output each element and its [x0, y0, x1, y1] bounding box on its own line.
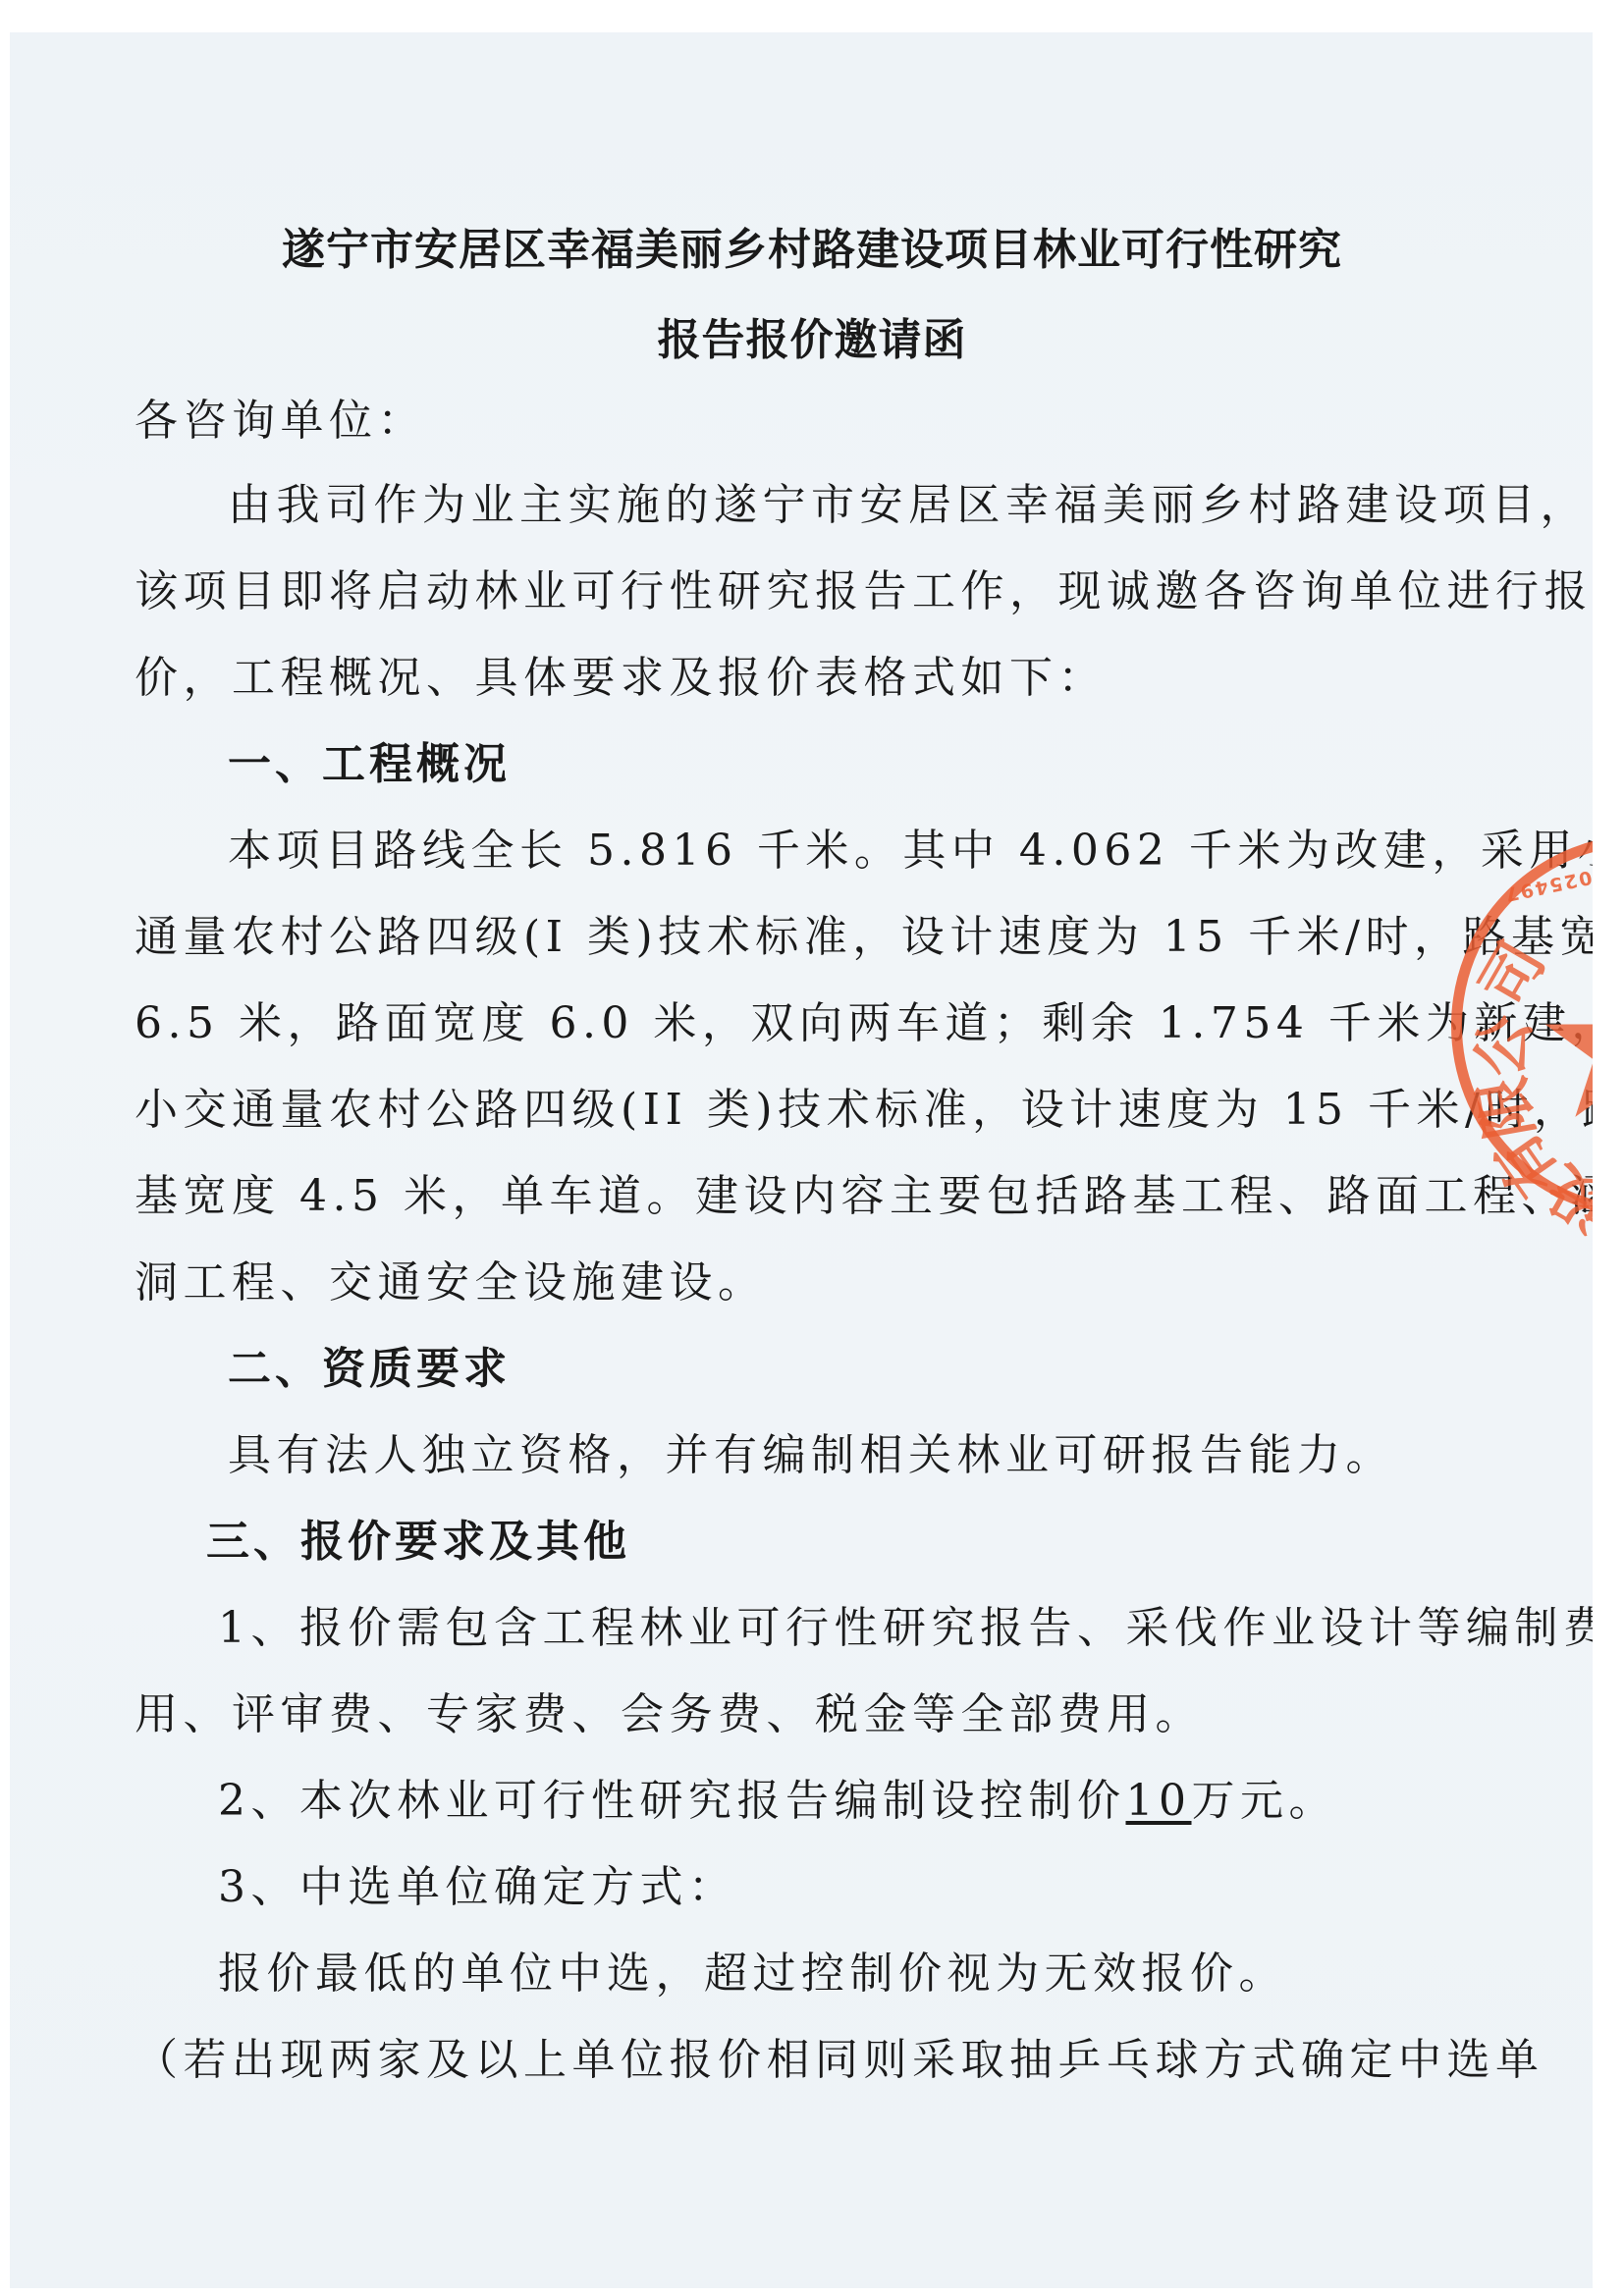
section1-line-4: 小交通量农村公路四级(II 类)技术标准，设计速度为 15 千米/时，路: [135, 1074, 1624, 1137]
salutation: 各咨询单位：: [135, 385, 426, 448]
item2-suffix: 万元。: [1192, 1776, 1338, 1826]
section3-item1-line-2: 用、评审费、专家费、会务费、税金等全部费用。: [135, 1679, 1204, 1741]
section3-heading: 三、报价要求及其他: [206, 1506, 630, 1569]
intro-line-2: 该项目即将启动林业可行性研究报告工作，现诚邀各咨询单位进行报: [135, 556, 1593, 618]
item2-prefix: 2、本次林业可行性研究报告编制设控制价: [218, 1776, 1126, 1826]
control-price-amount: 10: [1126, 1776, 1192, 1826]
section1-line-6: 洞工程、交通安全设施建设。: [135, 1247, 767, 1309]
section1-line-5: 基宽度 4.5 米，单车道。建设内容主要包括路基工程、路面工程、涵: [135, 1160, 1618, 1223]
page-margin-right: [1593, 0, 1624, 2296]
intro-line-1: 由我司作为业主实施的遂宁市安居区幸福美丽乡村路建设项目，: [228, 469, 1589, 532]
section3-item3-line-2: （若出现两家及以上单位报价相同则采取抽乒乓球方式确定中选单: [135, 2024, 1544, 2087]
document-title-line2: 报告报价邀请函: [0, 304, 1624, 367]
section3-item1-line-1: 1、报价需包含工程林业可行性研究报告、采伐作业设计等编制费: [218, 1592, 1612, 1655]
section3-item3-line-1: 报价最低的单位中选，超过控制价视为无效报价。: [218, 1938, 1287, 2001]
section2-line-1: 具有法人独立资格，并有编制相关林业可研报告能力。: [228, 1419, 1394, 1482]
section3-item2: 2、本次林业可行性研究报告编制设控制价10万元。: [218, 1765, 1337, 1828]
intro-line-3: 价，工程概况、具体要求及报价表格式如下：: [135, 642, 1107, 705]
section2-heading: 二、资质要求: [228, 1333, 511, 1396]
section1-line-1: 本项目路线全长 5.816 千米。其中 4.062 千米为改建，采用小交: [228, 815, 1624, 878]
section1-line-3: 6.5 米，路面宽度 6.0 米，双向两车道；剩余 1.754 千米为新建，采用: [135, 988, 1624, 1050]
document-title-line1: 遂宁市安居区幸福美丽乡村路建设项目林业可行性研究: [0, 214, 1624, 277]
section3-item3-heading: 3、中选单位确定方式：: [218, 1851, 737, 1914]
section1-line-2: 通量农村公路四级(I 类)技术标准，设计速度为 15 千米/时，路基宽度: [135, 901, 1624, 964]
section1-heading: 一、工程概况: [228, 728, 511, 791]
